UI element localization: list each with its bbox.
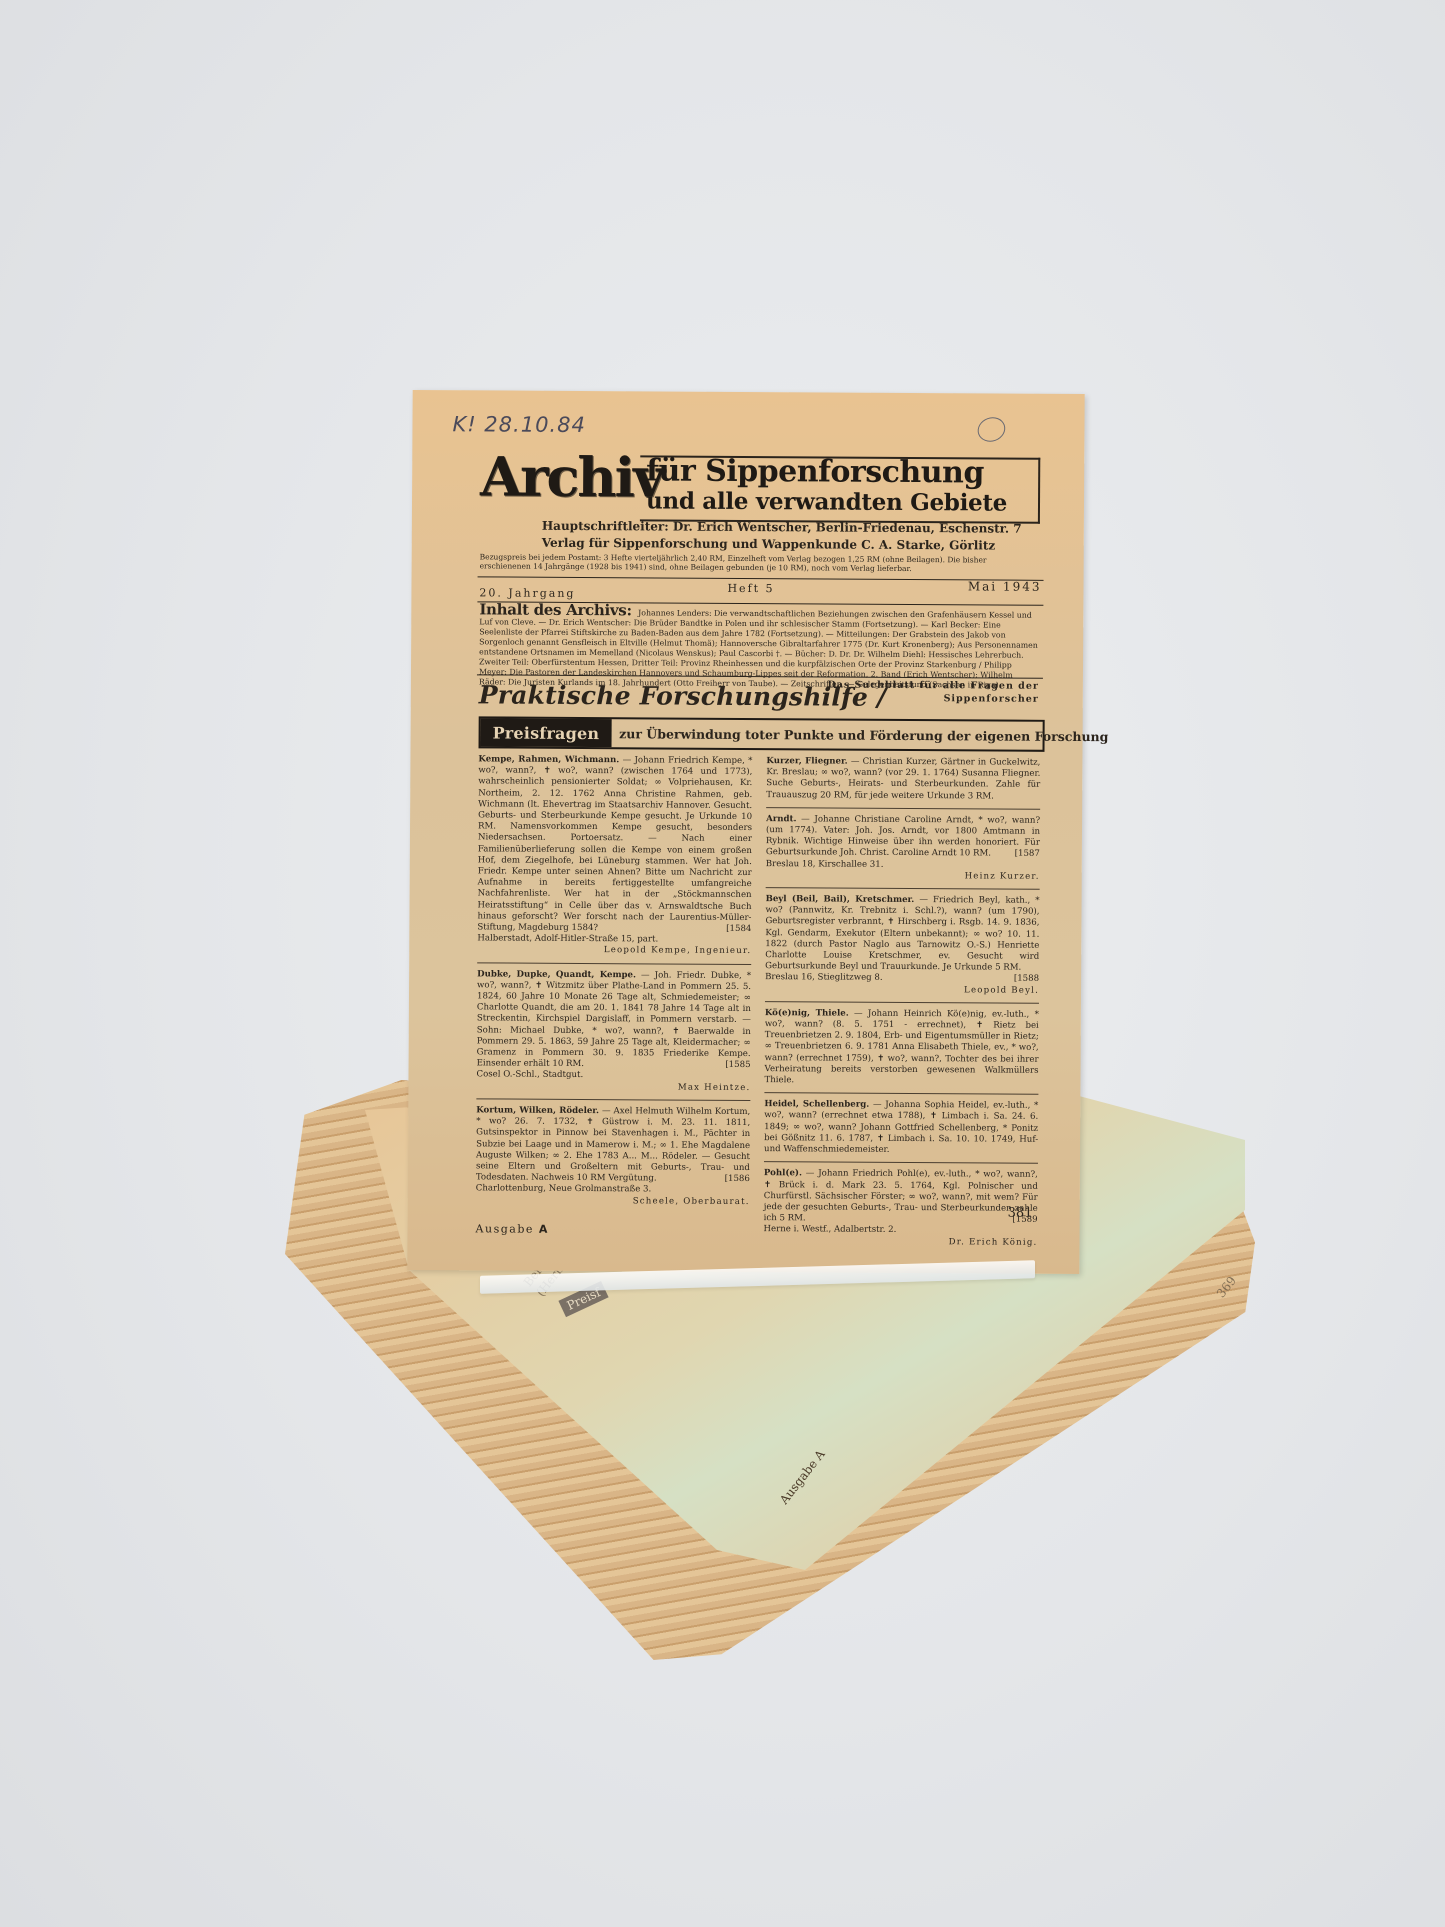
entry-body: — Johann Friedrich Kempe, * wo?, wann?, … [477,755,752,933]
entry-body: — Johanne Christiane Caroline Arndt, * w… [766,814,1040,859]
query-entry: Heidel, Schellenberg. — Johanna Sophia H… [764,1099,1038,1164]
entry-address: Breslau 16, Stieglitzweg 8. [765,973,1039,986]
toc-label: Inhalt des Archivs: [479,600,631,619]
query-entry: Kö(e)nig, Thiele. — Johann Heinrich Kö(e… [764,1008,1039,1095]
divider [478,576,1044,580]
entry-address: Cosel O.-Schl., Stadtgut. [476,1070,750,1083]
entry-address [766,801,1040,803]
entry-sender: Heinz Kurzer. [766,870,1040,883]
entry-sender: Leopold Kempe, Ingenieur. [477,945,751,958]
banner-label: Preisfragen [481,718,612,747]
issue-date: Mai 1943 [968,579,1042,593]
periodical-page: K! 28.10.84 Archiv für Sippenforschung u… [407,390,1084,1274]
entry-address: Herne i. Westf., Adalbertstr. 2. [764,1224,1038,1237]
preisfragen-banner: Preisfragen zur Überwindung toter Punkte… [479,716,1045,751]
publisher-line: Verlag für Sippenforschung und Wappenkun… [542,536,996,553]
entry-address: Charlottenburg, Neue Grolmanstraße 3. [476,1184,750,1197]
editor-line: Hauptschriftleiter: Dr. Erich Wentscher,… [542,519,1022,536]
entry-reference-number: [1587 [1015,849,1040,860]
banner-text: zur Überwindung toter Punkte und Förderu… [611,726,1108,744]
edition-footer: Ausgabe A [476,1222,549,1235]
entry-surnames: Kurzer, Fliegner. [766,756,847,766]
entry-reference-number: [1588 [1014,974,1039,985]
entry-reference-number: [1586 [725,1174,750,1185]
masthead-title-line2: und alle verwandten Gebiete [646,487,1007,516]
query-entry: Pohl(e). — Johann Friedrich Pohl(e), ev.… [763,1168,1038,1254]
entry-body: — Axel Helmuth Wilhelm Kortum, * wo? 26.… [476,1106,750,1184]
entry-surnames: Kortum, Wilken, Rödeler. [476,1105,599,1116]
entry-surnames: Kö(e)nig, Thiele. [765,1008,849,1019]
query-entry: Dubke, Dupke, Quandt, Kempe. — Joh. Frie… [476,969,751,1101]
entry-surnames: Pohl(e). [764,1168,802,1178]
query-entry: Beyl (Beil, Bail), Kretschmer. — Friedri… [765,894,1040,1003]
pencil-circle-mark [974,413,1008,445]
edition-letter: A [539,1223,549,1236]
issue-volume: 20. Jahrgang [479,586,575,600]
page-number: 381 [1008,1206,1033,1221]
right-column: Kurzer, Fliegner. — Christian Kurzer, Gä… [763,756,1040,1260]
query-entry: Kurzer, Fliegner. — Christian Kurzer, Gä… [766,756,1040,809]
entry-reference-number: [1584 [726,924,751,935]
issue-number: Heft 5 [727,582,774,595]
entry-body: — Friedrich Beyl, kath., * wo? (Pannwitz… [765,895,1039,973]
entry-sender: Dr. Erich König. [763,1236,1037,1249]
masthead-title-archiv: Archiv [480,444,663,509]
query-entry: Kempe, Rahmen, Wichmann. — Johann Friedr… [477,754,752,964]
entry-surnames: Kempe, Rahmen, Wichmann. [478,754,619,765]
entry-reference-number: [1585 [725,1060,750,1071]
handwritten-note: K! 28.10.84 [452,412,586,437]
left-column: Kempe, Rahmen, Wichmann. — Johann Friedr… [475,754,752,1258]
entry-surnames: Beyl (Beil, Bail), Kretschmer. [766,894,915,905]
query-entry: Kortum, Wilken, Rödeler. — Axel Helmuth … [476,1105,751,1213]
query-columns: Kempe, Rahmen, Wichmann. — Johann Friedr… [475,754,1040,1260]
entry-address [764,1086,1038,1088]
entry-sender: Scheele, Oberbaurat. [476,1195,750,1208]
entry-body: — Joh. Friedr. Dubke, * wo?, wann?, ✝ Wi… [477,970,752,1069]
entry-sender: Max Heintze. [476,1081,750,1094]
entry-sender: Leopold Beyl. [765,984,1039,997]
entry-body: — Johann Heinrich Kö(e)nig, ev.-luth., *… [764,1009,1038,1086]
entry-address: Halberstadt, Adolf-Hitler-Straße 15, par… [477,934,751,947]
entry-address [764,1155,1038,1157]
subscription-note: Bezugspreis bei jedem Postamt: 3 Hefte v… [480,552,1040,573]
query-entry: Arndt. — Johanne Christiane Caroline Arn… [766,814,1040,890]
entry-sender [764,1086,1038,1088]
masthead: Archiv für Sippenforschung und alle verw… [480,448,1030,519]
section-tagline: Das Suchblatt für alle Fragen der Sippen… [803,678,1039,705]
masthead-title-line1: für Sippenforschung [646,453,984,490]
entry-sender [766,801,1040,803]
entry-surnames: Dubke, Dupke, Quandt, Kempe. [477,969,636,980]
entry-address: Breslau 18, Kirschallee 31. [766,859,1040,872]
entry-surnames: Arndt. [766,814,796,824]
entry-body: — Johann Friedrich Pohl(e), ev.-luth., *… [764,1169,1038,1224]
entry-sender [764,1155,1038,1157]
entry-surnames: Heidel, Schellenberg. [764,1099,869,1110]
edition-label: Ausgabe [476,1222,534,1235]
